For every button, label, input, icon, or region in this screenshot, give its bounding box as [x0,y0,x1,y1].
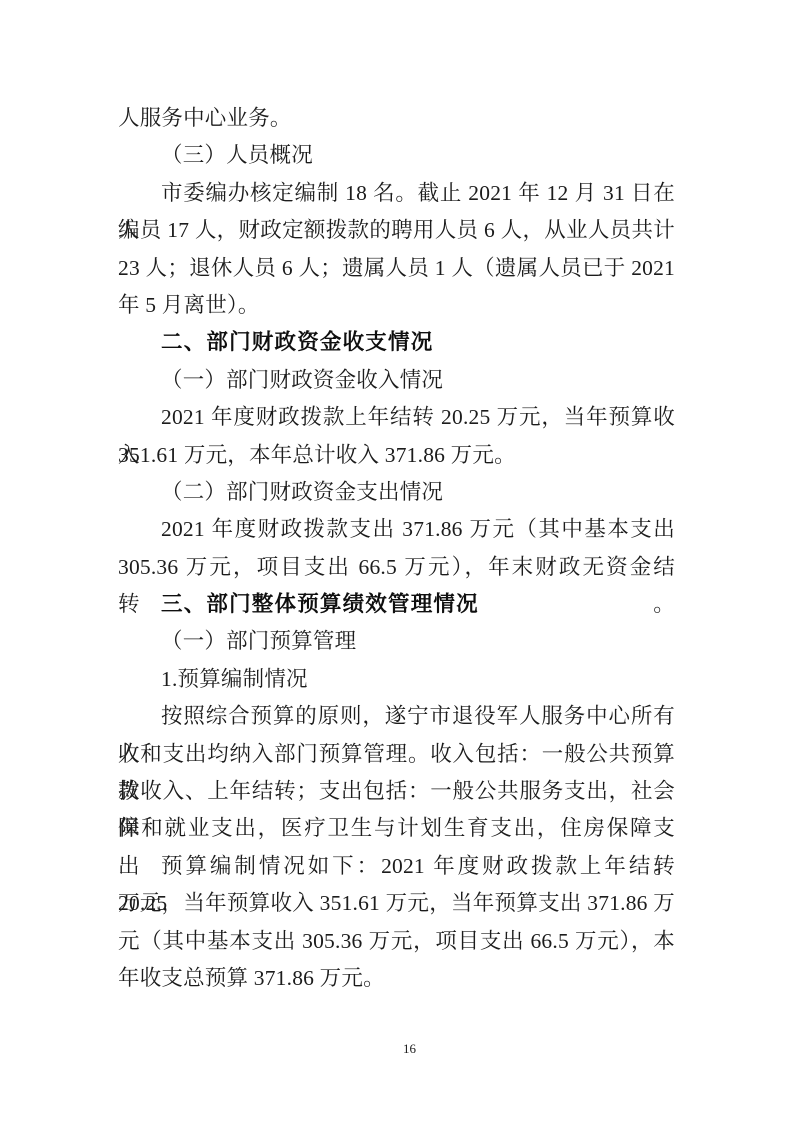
text-line: 预算编制情况如下：2021 年度财政拨款上年结转 20.25 [118,848,675,885]
page-footer: 16 [13,1040,793,1058]
text-line: 万元，当年预算收入 351.61 万元，当年预算支出 371.86 万 [118,885,675,922]
subsection-heading-1: （一）部门财政资金收入情况 [118,362,675,399]
text-line: 年 5 月离世）。 [118,287,675,324]
page-number: 16 [403,1041,416,1056]
text-line: 年收支总预算 371.86 万元。 [118,960,675,997]
text-line: 人服务中心业务。 [118,100,675,137]
text-line: 305.36 万元，项目支出 66.5 万元），年末财政无资金结转。 [118,549,675,586]
text-line: 2021 年度财政拨款支出 371.86 万元（其中基本支出 [118,511,675,548]
text-line: 款收入、上年结转；支出包括：一般公共服务支出，社会保 [118,773,675,810]
text-line: 入和支出均纳入部门预算管理。收入包括：一般公共预算拨 [118,736,675,773]
text-line: 2021 年度财政拨款上年结转 20.25 万元，当年预算收入 [118,399,675,436]
text-line: 元（其中基本支出 305.36 万元，项目支出 66.5 万元），本 [118,923,675,960]
subsection-heading-2: （二）部门财政资金支出情况 [118,474,675,511]
document-page: 人服务中心业务。 （三）人员概况 市委编办核定编制 18 名。截止 2021 年… [0,0,793,1122]
text-line: 障和就业支出，医疗卫生与计划生育支出，住房保障支出。 [118,810,675,847]
text-line: 23 人；退休人员 6 人；遗属人员 1 人（遗属人员已于 2021 [118,250,675,287]
text-line: 按照综合预算的原则，遂宁市退役军人服务中心所有收 [118,698,675,735]
subsection-heading-1b: （一）部门预算管理 [118,623,675,660]
page-body-text: 人服务中心业务。 （三）人员概况 市委编办核定编制 18 名。截止 2021 年… [118,100,675,997]
subsection-heading-3: （三）人员概况 [118,137,675,174]
text-line: 351.61 万元，本年总计收入 371.86 万元。 [118,437,675,474]
numbered-item-heading: 1.预算编制情况 [118,661,675,698]
text-line: 人员 17 人，财政定额拨款的聘用人员 6 人，从业人员共计 [118,212,675,249]
section-heading-2: 二、部门财政资金收支情况 [118,324,675,361]
text-line: 市委编办核定编制 18 名。截止 2021 年 12 月 31 日在编 [118,175,675,212]
